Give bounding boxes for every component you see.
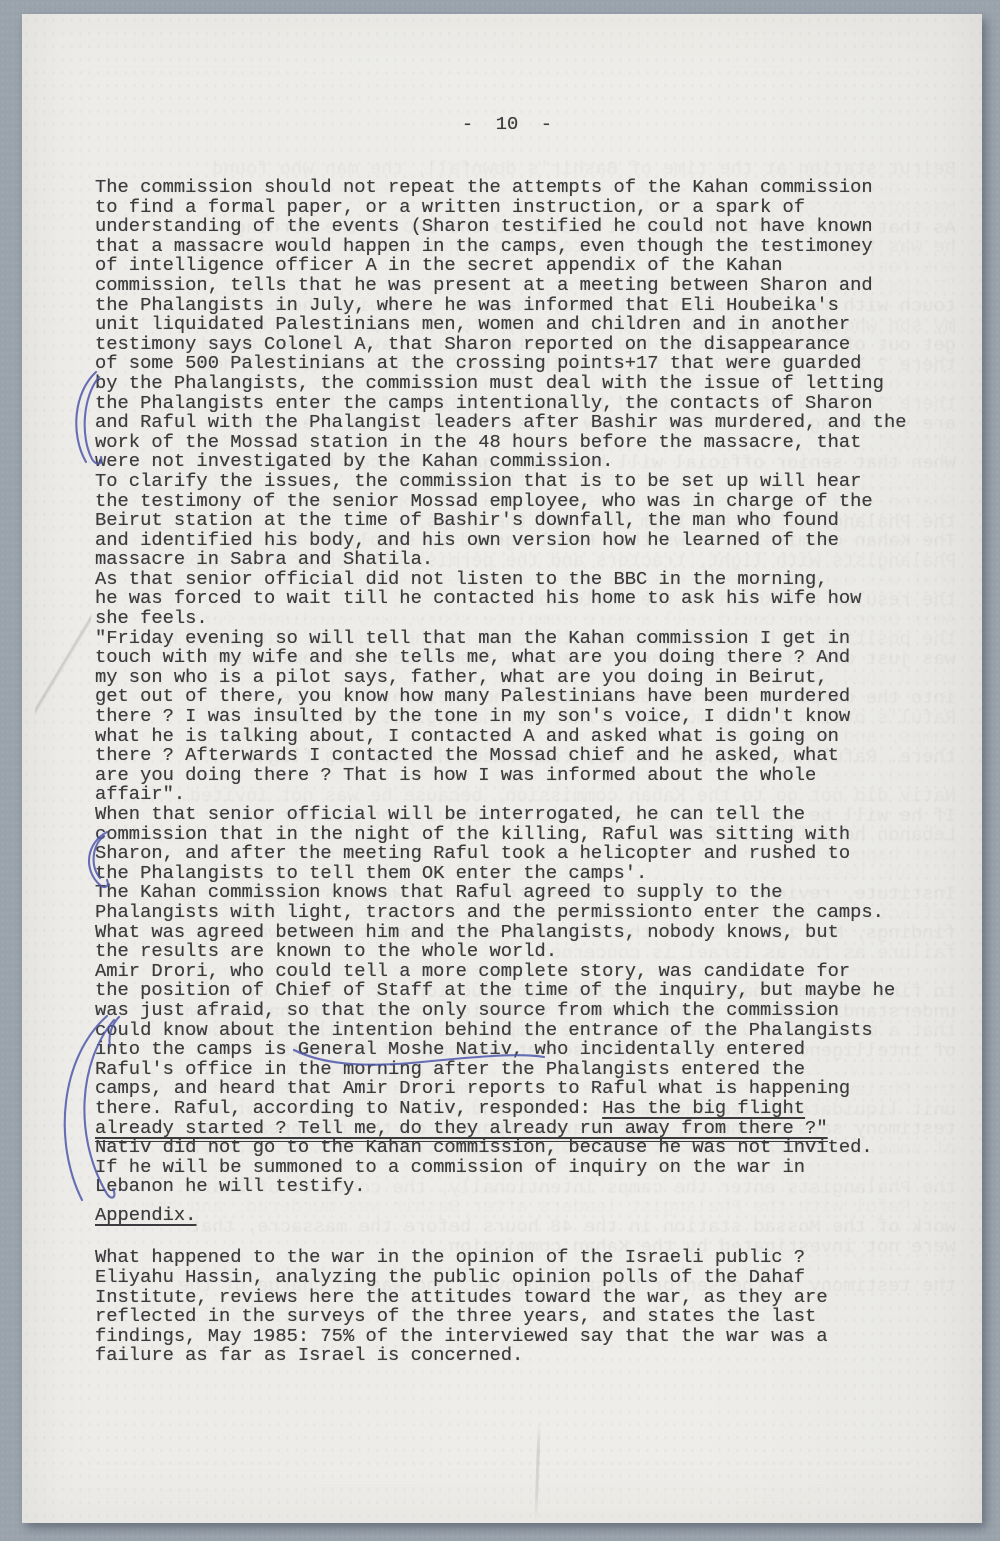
text-line: there ? Afterwards I contacted the Mossa… <box>95 746 945 766</box>
text-line: he was forced to wait till he contacted … <box>95 589 945 609</box>
text-line: are you doing there ? That is how I was … <box>95 766 945 786</box>
text-line: To clarify the issues, the commission th… <box>95 472 945 492</box>
paper-crease <box>33 594 93 738</box>
text-line: massacre in Sabra and Shatila. <box>95 550 945 570</box>
text-line: Beirut station at the time of Bashir's d… <box>95 511 945 531</box>
text-line: the position of Chief of Staff at the ti… <box>95 981 945 1001</box>
text-line: were not investigated by the Kahan commi… <box>95 452 945 472</box>
text-line: When that senior official will be interr… <box>95 805 945 825</box>
scanned-document-screenshot: { "page_number": "- 10 -", "pen_color": … <box>0 0 1000 1541</box>
page-number: - 10 - <box>95 115 919 135</box>
text-line: commission, tells that he was present at… <box>95 276 945 296</box>
text-line: she feels. <box>95 609 945 629</box>
text-line: the results are known to the whole world… <box>95 942 945 962</box>
margin-pen-bracket-icon <box>76 372 96 462</box>
text-line: The commission should not repeat the att… <box>95 178 945 198</box>
typewritten-text: The commission should not repeat the att… <box>95 178 945 1366</box>
text-line: Lebanon he will testify. <box>95 1177 945 1197</box>
text-line: of some 500 Palestinians at the crossing… <box>95 354 945 374</box>
text-line: failure as far as Israel is concerned. <box>95 1346 945 1366</box>
appendix-heading: Appendix. <box>95 1206 945 1226</box>
text-line: and Raful with the Phalangist leaders af… <box>95 413 945 433</box>
paper-crease <box>534 1422 540 1522</box>
text-segment: Has the big flight <box>602 1097 805 1119</box>
text-line: was just afraid, so that the only source… <box>95 1001 945 1021</box>
text-line: Sharon, and after the meeting Raful took… <box>95 844 945 864</box>
text-line: understanding of the events (Sharon test… <box>95 217 945 237</box>
text-line: touch with my wife and she tells me, wha… <box>95 648 945 668</box>
text-line: there ? I was insulted by the tone in my… <box>95 707 945 727</box>
text-line: unit liquidated Palestinians men, women … <box>95 315 945 335</box>
text-line: Nativ did not go to the Kahan commission… <box>95 1138 945 1158</box>
text-line: reflected in the surveys of the three ye… <box>95 1307 945 1327</box>
text-line: Phalangists with light, tractors and the… <box>95 903 945 923</box>
text-segment: there. Raful, according to Nativ, respon… <box>95 1097 602 1119</box>
text-line: there. Raful, according to Nativ, respon… <box>95 1099 945 1119</box>
text-line: into the camps is General Moshe Nativ, w… <box>95 1040 945 1060</box>
document-page: Beirut station at the time of Bashir's d… <box>22 14 982 1523</box>
text-line: Eliyahu Hassin, analyzing the public opi… <box>95 1268 945 1288</box>
text-line: by the Phalangists, the commission must … <box>95 374 945 394</box>
